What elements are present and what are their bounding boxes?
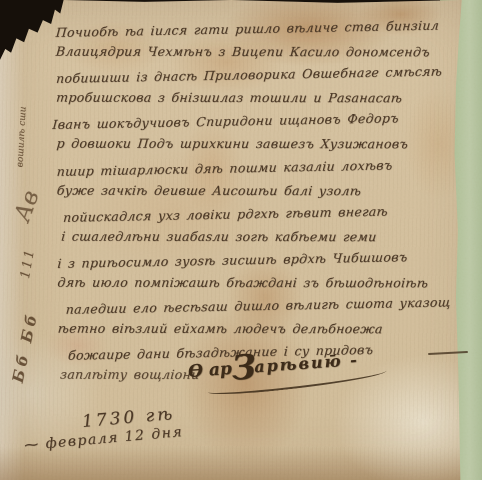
handwritten-text-block: Почиобѣ ѣа іился гати ришло вѣличе ства … xyxy=(56,16,465,388)
signature-end: арѣвию̄ - xyxy=(254,350,360,376)
signature-large-letter: З xyxy=(230,347,255,388)
signature-start: Ѳ ар xyxy=(188,359,233,382)
manuscript-photo: Почиобѣ ѣа іился гати ришло вѣличе ства … xyxy=(0,0,482,480)
